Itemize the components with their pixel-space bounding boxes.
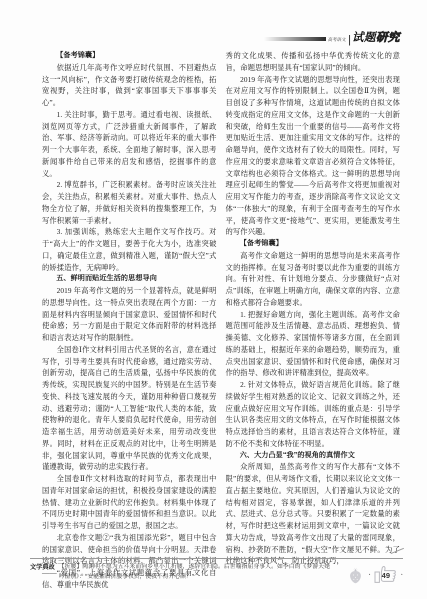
section-heading-5: 五、鲜明而贴近生活的思想导向: [42, 273, 217, 285]
page-footer: 文学典故 【折腰】陶渊明不愿为五斗米而向乡里小儿折腰，遂辞官归隐。后世喻指屈身事…: [30, 558, 403, 585]
strawberry-icon: [348, 567, 363, 584]
journal-title: 试题研究: [352, 32, 400, 45]
page-number: 49: [382, 571, 390, 580]
footnote-text: 【折腰】陶渊明不愿为五斗米而向乡里小儿折腰，遂辞官归隐。后世喻指屈身事人。如李白…: [59, 563, 330, 582]
footer-icons: · 49 ·: [348, 563, 403, 585]
paragraph-continuation: 秀的文化成果、传播和弘扬中华优秀传统文化的意旨，命题思想明显具有“国家认同”的倾…: [226, 50, 401, 74]
footnote-label: 文学典故: [30, 563, 55, 582]
literary-allusion-note: 文学典故 【折腰】陶渊明不愿为五斗米而向乡里小儿折腰，遂辞官归隐。后世喻指屈身事…: [30, 563, 330, 582]
journal-title-outline: 研究: [376, 32, 400, 44]
left-column: 【备考锦囊】 依据近几年高考作文呼应时代氛围、不回避热点这一“风向标”，作文备考…: [42, 50, 217, 591]
paragraph: 全国卷Ⅰ作文材料引用古代圣贤的名言，意在通过写作，引导考生要具有时代使命感，通过…: [42, 344, 217, 473]
journal-subtitle: 高考语文: [328, 37, 347, 42]
thumbs-up-icon: 49: [373, 565, 399, 585]
paragraph: 2. 博览群书，广泛积累素材。备考时应该关注社会，关注热点，积累相关素材。对重大…: [42, 179, 217, 226]
paragraph: 依据近几年高考作文呼应时代氛围、不回避热点这一“风向标”，作文备考要打破传统观念…: [42, 62, 217, 109]
article-body: 【备考锦囊】 依据近几年高考作文呼应时代氛围、不回避热点这一“风向标”，作文备考…: [42, 50, 400, 591]
tip-box-label: 【备考锦囊】: [226, 238, 401, 250]
journal-title-solid: 试题: [352, 32, 376, 44]
paragraph: 众所周知，虽然高考作文的写作大都有“文体不限”的要求，但从考场作文看，长期以来议…: [226, 461, 401, 567]
page-header: 高考语文 | 试题研究: [264, 29, 400, 45]
paragraph: 1. 把握好命题方向，强化主题训练。高考作文命题范围可能涉及生活情趣、意志品质、…: [226, 309, 401, 380]
paragraph: 3. 加强训练，熟练宏大主题作文写作技巧。对于“高大上”的作文题目，要善于化大为…: [42, 226, 217, 273]
header-separator: |: [348, 33, 351, 45]
tip-box-label: 【备考锦囊】: [42, 50, 217, 62]
header-gradient-bar: [264, 37, 326, 41]
paragraph: 高考作文命题这一鲜明的思想导向是未来高考作文的指挥棒。在复习备考时要以此作为重要…: [226, 250, 401, 309]
paragraph: 1. 关注时事，勤于思考。通过看电视、读报纸、浏览网页等方式，广泛涉猎重大新闻事…: [42, 109, 217, 180]
paragraph: 2. 针对文体特点，做好语言规范化训练。除了继续做好学生相对熟悉的议论文、记叙文…: [226, 379, 401, 450]
paragraph: 全国卷Ⅱ作文材料选取的时间节点，都表现出中国青年对国家命运的担忧，积极投身国家建…: [42, 473, 217, 532]
right-column: 秀的文化成果、传播和弘扬中华优秀传统文化的意旨，命题思想明显具有“国家认同”的倾…: [226, 50, 401, 591]
footer-rule: [30, 558, 403, 559]
section-heading-6: 六、大力凸显“我”的视角的真情作文: [226, 450, 401, 462]
page-number-dot-left: ·: [368, 571, 370, 579]
paragraph: 2019 年高考作文试题的思想导向性，还突出表现在对应用文写作的特别限制上。以全…: [226, 74, 401, 239]
magazine-page: 高考语文 | 试题研究 【备考锦囊】 依据近几年高考作文呼应时代氛围、不回避热点…: [0, 0, 427, 599]
page-number-dot-right: ·: [401, 571, 403, 579]
page-number-block: · 49 ·: [368, 565, 403, 585]
paragraph: 2019 年高考作文题的另一个显著特点，就是鲜明的思想导向性。这一特点突出表现在…: [42, 285, 217, 344]
